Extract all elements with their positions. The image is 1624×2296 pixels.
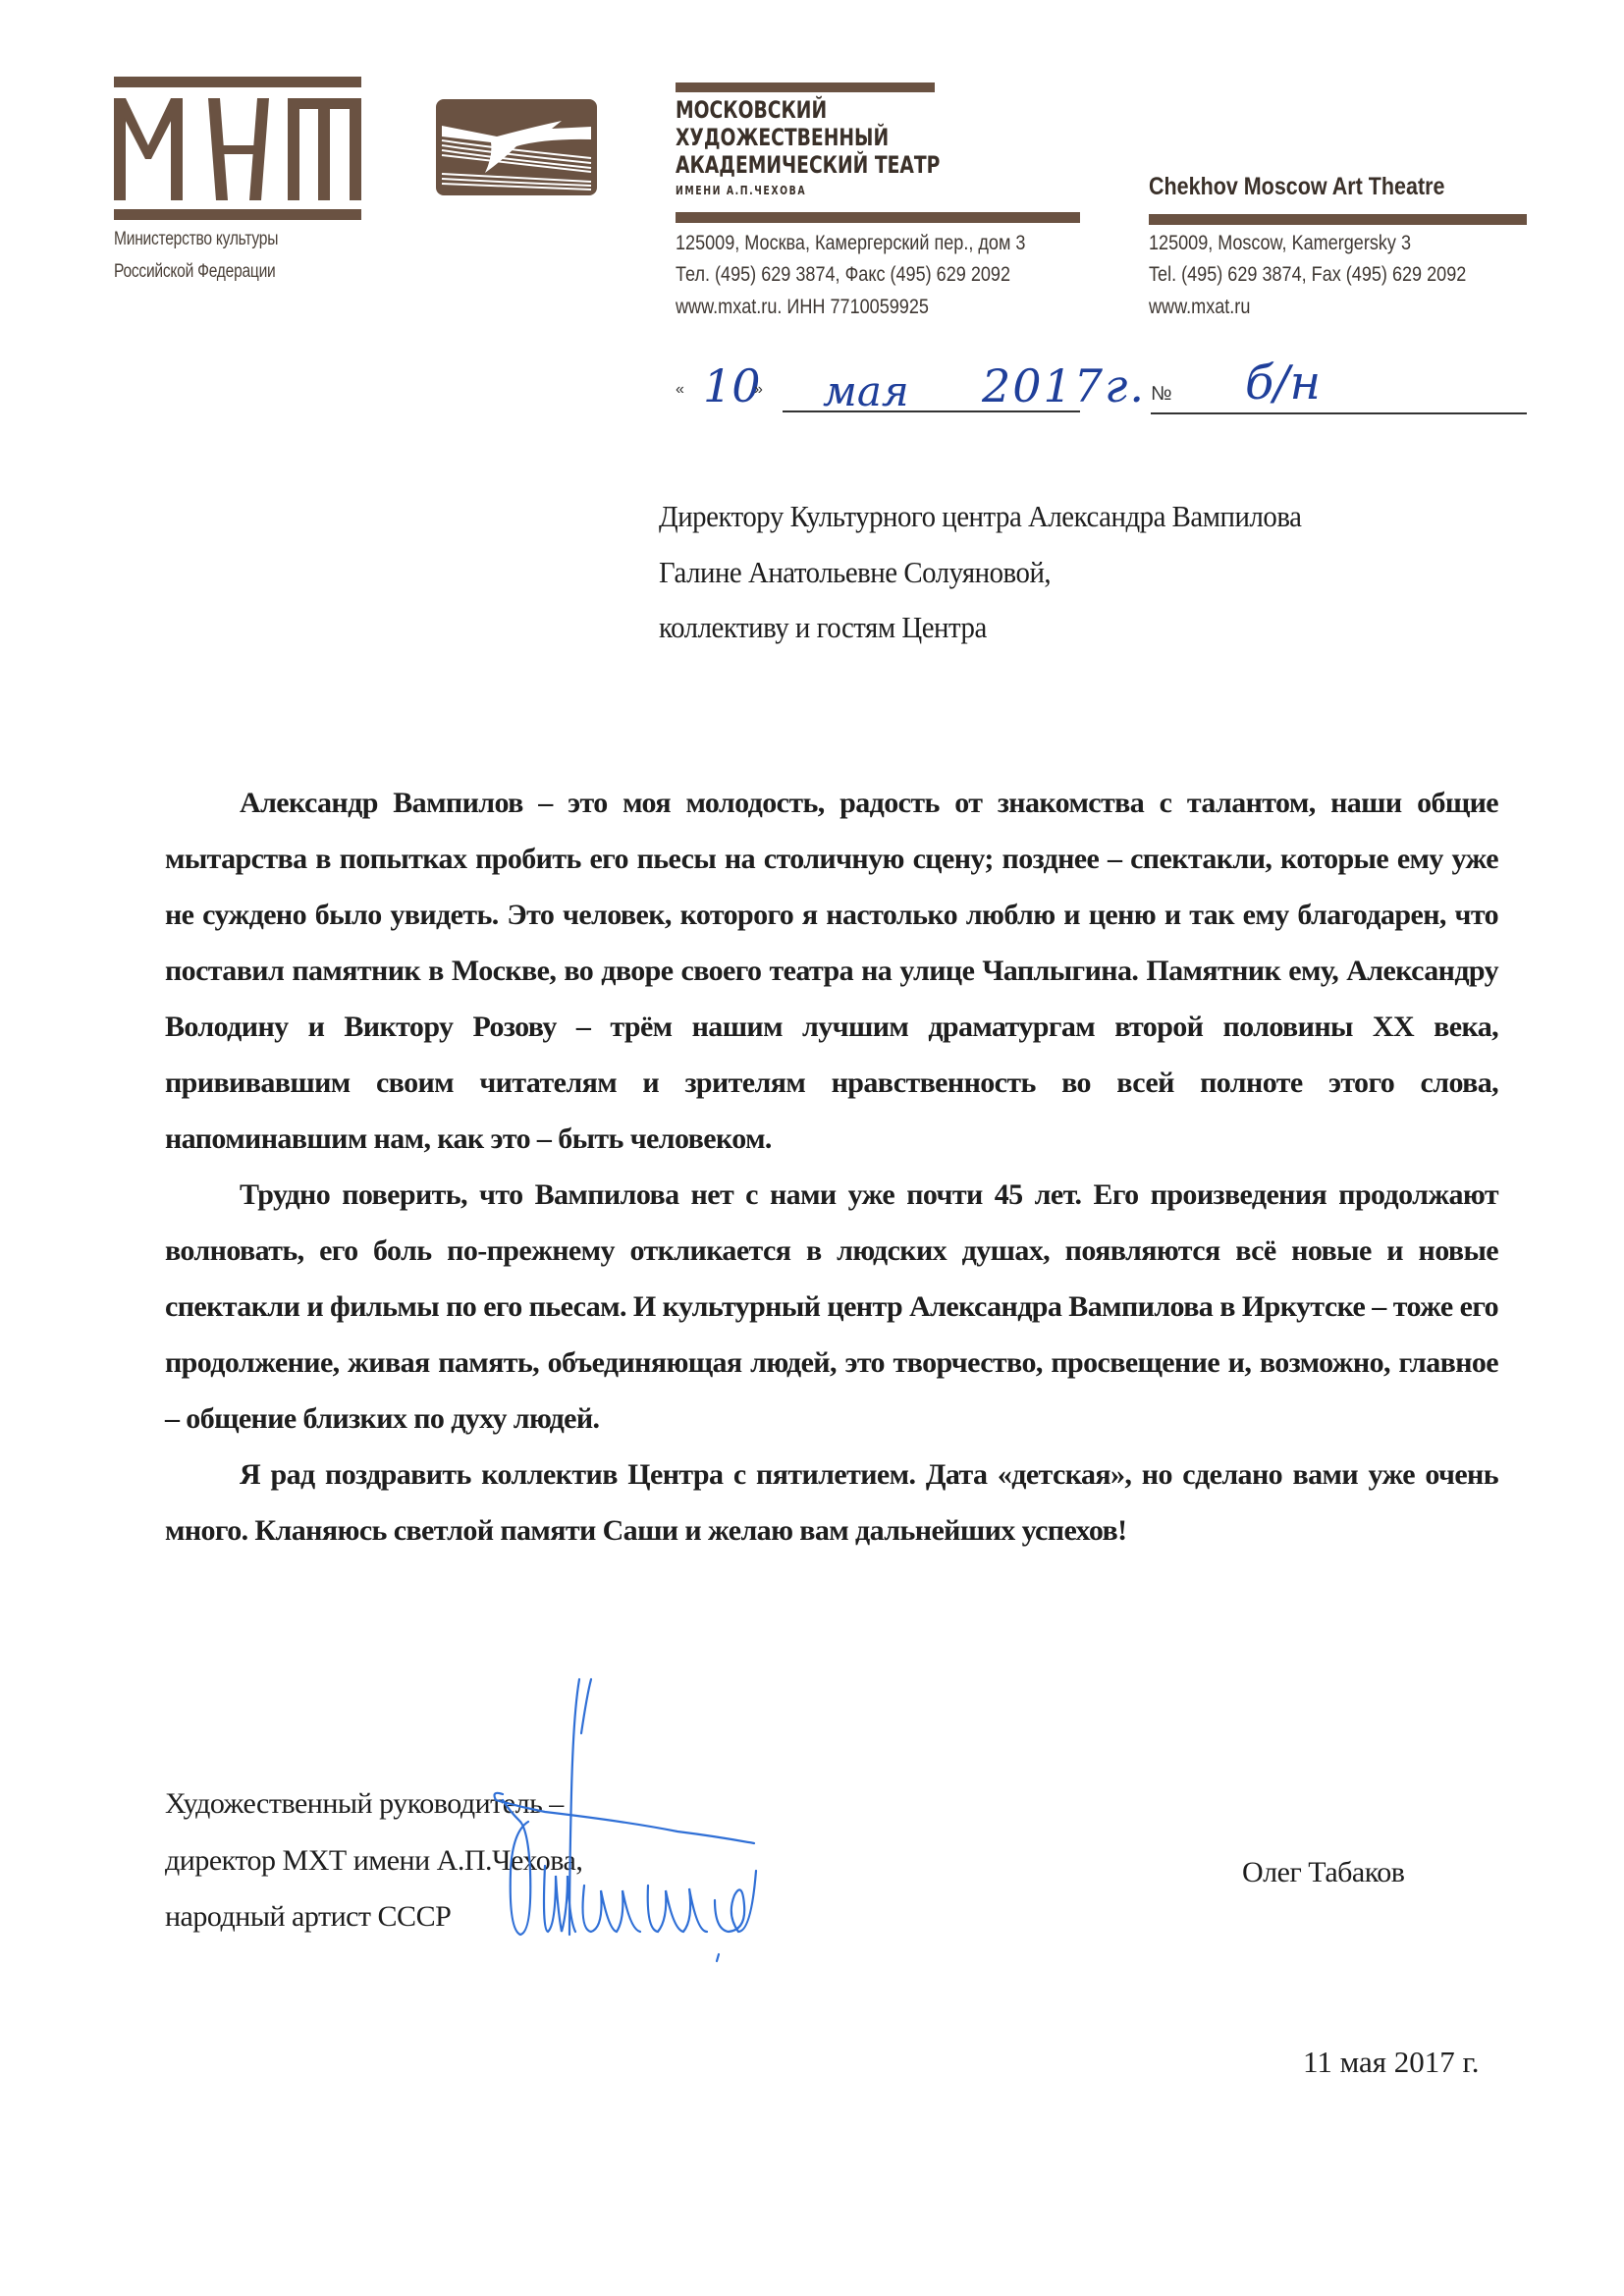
date-close-quote: » <box>754 381 763 399</box>
seagull-logo <box>436 99 597 195</box>
ru-phone-line: Тел. (495) 629 3874, Факс (495) 629 2092 <box>676 263 1065 287</box>
recipient-line-1: Директору Культурного центра Александра … <box>659 499 1350 534</box>
handwritten-year: 2017г. <box>982 359 1146 412</box>
footer-date: 11 мая 2017 г. <box>1303 2045 1480 2080</box>
logo-top-bar <box>114 77 361 87</box>
mxt-logo <box>114 77 361 220</box>
en-web-line: www.mxat.ru <box>1149 296 1267 319</box>
handwritten-month: мая <box>823 367 909 415</box>
seagull-icon <box>436 99 597 195</box>
body-paragraph-3: Я рад поздравить коллектив Центра с пяти… <box>165 1447 1498 1558</box>
theatre-name-line-1: МОСКОВСКИЙ <box>676 96 870 124</box>
logo-bottom-bar <box>114 209 361 220</box>
body-paragraph-1: Александр Вампилов – это моя молодость, … <box>165 775 1498 1167</box>
en-address-bar <box>1149 214 1527 225</box>
ministry-line-2: Российской Федерации <box>114 261 311 283</box>
mxt-letters-icon <box>114 94 361 204</box>
en-phone-line: Tel. (495) 629 3874, Fax (495) 629 2092 <box>1149 263 1518 287</box>
letter-body: Александр Вампилов – это моя молодость, … <box>165 775 1498 1558</box>
handwritten-signature <box>373 1674 844 1969</box>
date-underline <box>783 410 1080 412</box>
handwritten-day: 10 <box>703 359 761 412</box>
ru-address-bar <box>676 212 1080 223</box>
ministry-line-1: Министерство культуры <box>114 229 314 250</box>
number-underline <box>1151 412 1527 414</box>
theatre-name-line-4: ИМЕНИ А.П.ЧЕХОВА <box>676 184 843 197</box>
theatre-top-bar <box>676 82 935 92</box>
signer-name: Олег Табаков <box>1242 1856 1404 1889</box>
ru-web-inn-line: www.mxat.ru. ИНН 7710059925 <box>676 296 970 319</box>
theatre-name-line-2: ХУДОЖЕСТВЕННЫЙ <box>676 124 948 151</box>
body-paragraph-2: Трудно поверить, что Вампилова нет с нам… <box>165 1167 1498 1447</box>
handwritten-number: б/н <box>1245 355 1321 410</box>
recipient-line-2: Галине Анатольевне Солуяновой, <box>659 555 1080 590</box>
english-theatre-title: Chekhov Moscow Art Theatre <box>1149 173 1493 201</box>
en-address-line: 125009, Moscow, Kamergersky 3 <box>1149 232 1454 255</box>
number-label: № <box>1151 383 1171 406</box>
recipient-line-3: коллективу и гостям Центра <box>659 610 1011 645</box>
theatre-name-line-3: АКАДЕМИЧЕСКИЙ ТЕАТР <box>676 151 1014 179</box>
ru-address-line: 125009, Москва, Камергерский пер., дом 3 <box>676 232 1082 255</box>
date-open-quote: « <box>676 381 684 399</box>
